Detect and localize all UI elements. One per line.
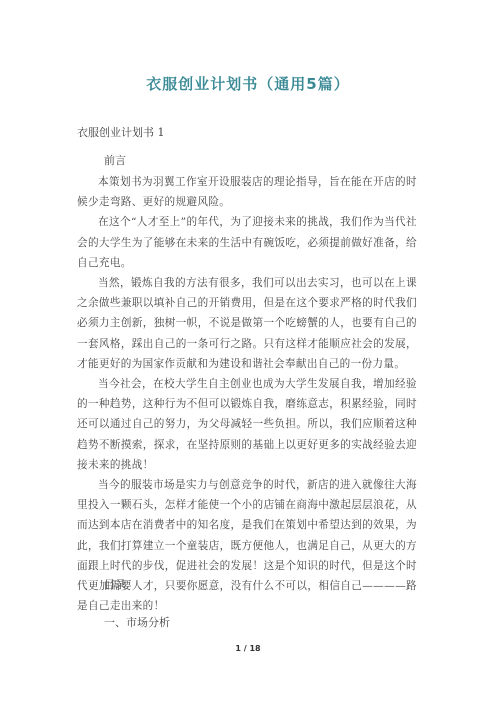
document-title: 衣服创业计划书（通用5篇） xyxy=(0,73,496,94)
body-text: 本策划书为羽翼工作室开设服装店的理论指导，旨在能在开店的时候少走弯路、更好的规避… xyxy=(77,172,417,616)
toc-item: 一、市场分析 xyxy=(104,614,170,630)
preface-heading: 前言 xyxy=(104,152,126,168)
paragraph: 在这个“人才至上”的年代，为了迎接未来的挑战，我们作为当代社会的大学生为了能够在… xyxy=(77,212,417,273)
page-indicator: 1 / 18 xyxy=(0,644,496,653)
section-subtitle: 衣服创业计划书 1 xyxy=(77,124,165,140)
toc-heading: 目录 xyxy=(104,576,126,592)
paragraph: 当今社会，在校大学生自主创业也成为大学生发展自我，增加经验的一种趋势，这种行为不… xyxy=(77,374,417,475)
paragraph: 当然，锻炼自我的方法有很多，我们可以出去实习，也可以在上课之余做些兼职以填补自己… xyxy=(77,273,417,374)
paragraph: 本策划书为羽翼工作室开设服装店的理论指导，旨在能在开店的时候少走弯路、更好的规避… xyxy=(77,172,417,212)
paragraph: 当今的服装市场是实力与创意竞争的时代，新店的进入就像往大海里投入一颗石头，怎样才… xyxy=(77,475,417,616)
